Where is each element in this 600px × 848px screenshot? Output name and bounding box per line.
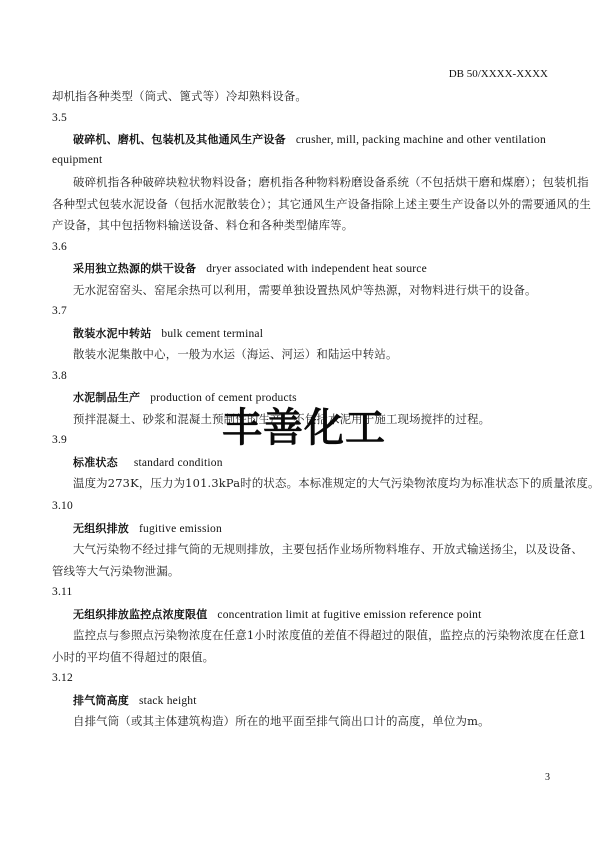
term-zh: 散装水泥中转站: [73, 327, 151, 340]
body-text: 无水泥窑窑头、窑尾余热可以利用，需要单独设置热风炉等热源，对物料进行烘干的设备。: [73, 283, 553, 297]
document-page: DB 50/XXXX-XXXX 却机指各种类型（筒式、篦式等）冷却熟料设备。 3…: [0, 0, 600, 848]
section-number: 3.10: [52, 499, 552, 513]
section-number: 3.8: [52, 369, 552, 383]
body-text: 温度为273K，压力为101.3kPa时的状态。本标准规定的大气污染物浓度均为标…: [73, 476, 553, 490]
term-zh: 无组织排放: [73, 522, 129, 535]
term-en: fugitive emission: [139, 523, 222, 535]
term-en: stack height: [139, 695, 197, 707]
body-text: 大气污染物不经过排气筒的无规则排放，主要包括作业场所物料堆存、开放式输送扬尘，以…: [73, 542, 553, 556]
section-number: 3.12: [52, 671, 552, 685]
body-text: 各种型式包装水泥设备（包括水泥散装仓）；其它通风生产设备指除上述主要生产设备以外…: [52, 197, 552, 211]
term-heading: 采用独立热源的烘干设备dryer associated with indepen…: [73, 261, 553, 276]
section-number: 3.7: [52, 304, 552, 318]
term-zh: 水泥制品生产: [73, 391, 140, 404]
term-en: concentration limit at fugitive emission…: [217, 609, 481, 621]
body-text: 产设备，其中包括物料输送设备、料仓和各种类型储库等。: [52, 218, 552, 232]
body-text: 却机指各种类型（筒式、篦式等）冷却熟料设备。: [52, 89, 552, 103]
term-zh: 无组织排放监控点浓度限值: [73, 608, 207, 621]
body-text: 自排气筒（或其主体建筑构造）所在的地平面至排气筒出口计的高度，单位为m。: [73, 714, 553, 728]
term-heading: 水泥制品生产production of cement products: [73, 390, 553, 405]
term-heading: 散装水泥中转站bulk cement terminal: [73, 326, 553, 341]
body-text: 小时的平均值不得超过的限值。: [52, 650, 552, 664]
term-zh: 采用独立热源的烘干设备: [73, 262, 196, 275]
term-heading: 标准状态standard condition: [73, 455, 553, 470]
term-en-continued: equipment: [52, 153, 552, 167]
term-heading: 无组织排放监控点浓度限值concentration limit at fugit…: [73, 607, 553, 622]
term-en: standard condition: [134, 457, 223, 469]
term-en: bulk cement terminal: [161, 328, 263, 340]
term-zh: 排气筒高度: [73, 694, 129, 707]
body-text: 监控点与参照点污染物浓度在任意1小时浓度值的差值不得超过的限值，监控点的污染物浓…: [73, 628, 553, 642]
page-number: 3: [545, 772, 550, 783]
document-code: DB 50/XXXX-XXXX: [449, 68, 548, 80]
body-text: 管线等大气污染物泄漏。: [52, 564, 552, 578]
body-text: 散装水泥集散中心，一般为水运（海运、河运）和陆运中转站。: [73, 347, 553, 361]
term-zh: 破碎机、磨机、包装机及其他通风生产设备: [73, 133, 286, 146]
body-text: 破碎机指各种破碎块粒状物料设备；磨机指各种物料粉磨设备系统（不包括烘干磨和煤磨）…: [73, 175, 553, 189]
section-number: 3.6: [52, 240, 552, 254]
term-heading: 破碎机、磨机、包装机及其他通风生产设备crusher, mill, packin…: [73, 132, 553, 147]
term-en: crusher, mill, packing machine and other…: [296, 134, 546, 146]
term-en: production of cement products: [150, 392, 297, 404]
term-heading: 无组织排放fugitive emission: [73, 521, 553, 536]
section-number: 3.11: [52, 585, 552, 599]
term-en: dryer associated with independent heat s…: [206, 263, 427, 275]
term-heading: 排气筒高度stack height: [73, 693, 553, 708]
section-number: 3.5: [52, 111, 552, 125]
watermark-logo: 丰善化工: [222, 406, 386, 450]
term-zh: 标准状态: [73, 456, 118, 469]
